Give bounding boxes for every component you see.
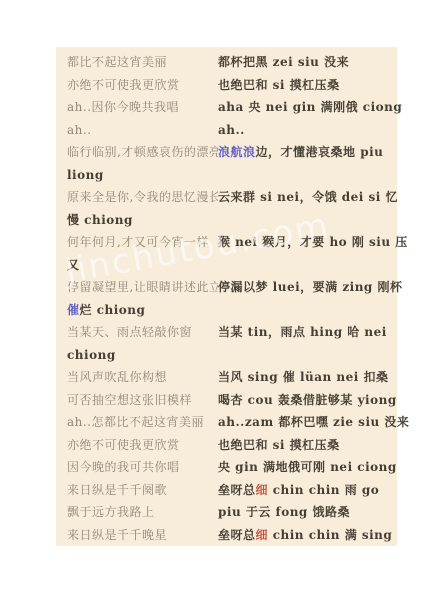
lyric-line: 当某天、雨点轻敲你窗当某 tin，雨点 hing 哈 nei bbox=[67, 321, 393, 344]
lyric-source-text: 都比不起这宵美丽 bbox=[67, 51, 218, 74]
phonetic-segment: chiong bbox=[67, 348, 116, 362]
phonetic-segment: 边，才懂港哀桑地 piu bbox=[256, 145, 384, 159]
phonetic-segment: 云来群 si nei，令饿 dei si 忆 bbox=[218, 190, 398, 204]
lyric-phonetic-text: 浪航浪边，才懂港哀桑地 piu bbox=[218, 141, 393, 164]
lyric-line: 因今晚的我可共你唱央 gin 满地俄可刚 nei ciong bbox=[67, 456, 393, 479]
lyric-phonetic-text: 也绝巴和 si 摸杠压桑 bbox=[218, 74, 393, 97]
lyric-phonetic-text: 央 gin 满地俄可刚 nei ciong bbox=[218, 456, 397, 479]
lyric-line: 慢 chiong bbox=[67, 209, 393, 232]
phonetic-segment: 浪航浪 bbox=[218, 145, 256, 159]
lyric-source-text: ah..因你今晚共我唱 bbox=[67, 96, 218, 119]
phonetic-segment: liong bbox=[67, 168, 104, 182]
lyric-line: ah..ah.. bbox=[67, 119, 393, 142]
lyric-source-text: 原来全是你,令我的思忆漫长 bbox=[67, 186, 218, 209]
phonetic-segment: 当风 sing 催 lüan nei 扣桑 bbox=[218, 370, 389, 384]
lyric-source-text: ah..怎都比不起这宵美丽 bbox=[67, 411, 218, 434]
lyric-source-text: 当某天、雨点轻敲你窗 bbox=[67, 321, 218, 344]
lyric-phonetic-text: 当某 tin，雨点 hing 哈 nei bbox=[218, 321, 393, 344]
phonetic-segment: 喝杏 cou 轰桑借脏够某 yiong bbox=[218, 393, 397, 407]
phonetic-segment: 慢 chiong bbox=[67, 213, 133, 227]
lyric-line: 亦绝不可使我更欣赏也绝巴和 si 摸杠压桑 bbox=[67, 434, 393, 457]
lyric-line: 来日纵是千千晚星垒呀总细 chin chin 满 sing bbox=[67, 524, 393, 547]
lyrics-content: 都比不起这宵美丽都杯把黑 zei siu 没来亦绝不可使我更欣赏也绝巴和 si … bbox=[67, 51, 393, 546]
lyric-source-text: 亦绝不可使我更欣赏 bbox=[67, 74, 218, 97]
lyric-line: 飘于远方我路上piu 于云 fong 饿路桑 bbox=[67, 501, 393, 524]
lyric-phonetic-text: 云来群 si nei，令饿 dei si 忆 bbox=[218, 186, 398, 209]
lyric-line: 临行临别,才顿感哀伤的漂亮浪航浪边，才懂港哀桑地 piu bbox=[67, 141, 393, 164]
lyric-continuation-text: chiong bbox=[67, 344, 393, 367]
lyric-line: 当风声吹乱你构想当风 sing 催 lüan nei 扣桑 bbox=[67, 366, 393, 389]
lyric-continuation-text: 慢 chiong bbox=[67, 209, 393, 232]
phonetic-segment: ah.. bbox=[218, 123, 245, 137]
lyric-line: 何年何月,才又可今宵一样猴 nei 猴月，才要 ho 刚 siu 压 bbox=[67, 231, 393, 254]
phonetic-segment: 细 bbox=[256, 528, 269, 542]
lyric-line: 催烂 chiong bbox=[67, 299, 393, 322]
lyric-source-text: 临行临别,才顿感哀伤的漂亮 bbox=[67, 141, 218, 164]
phonetic-segment: 也绝巴和 si 摸杠压桑 bbox=[218, 78, 340, 92]
lyric-phonetic-text: ah..zam 都杯巴嘿 zie siu 没来 bbox=[218, 411, 409, 434]
phonetic-segment: 垒呀总 bbox=[218, 483, 256, 497]
lyric-line: 来日纵是千千阕歌垒呀总细 chin chin 雨 go bbox=[67, 479, 393, 502]
lyric-line: 停留凝望里,让眼睛讲述此立场停漏以梦 luei，要满 zing 刚杯 bbox=[67, 276, 393, 299]
lyric-phonetic-text: piu 于云 fong 饿路桑 bbox=[218, 501, 393, 524]
phonetic-segment: piu 于云 fong 饿路桑 bbox=[218, 505, 350, 519]
lyric-source-text: 来日纵是千千阕歌 bbox=[67, 479, 218, 502]
lyric-source-text: ah.. bbox=[67, 119, 218, 142]
lyric-line: 亦绝不可使我更欣赏也绝巴和 si 摸杠压桑 bbox=[67, 74, 393, 97]
lyric-line: 又 bbox=[67, 254, 393, 277]
phonetic-segment: ah..zam 都杯巴嘿 zie siu 没来 bbox=[218, 415, 409, 429]
phonetic-segment: chin chin 雨 go bbox=[268, 483, 379, 497]
lyric-source-text: 飘于远方我路上 bbox=[67, 501, 218, 524]
phonetic-segment: 都杯把黑 zei siu 没来 bbox=[218, 55, 349, 69]
lyric-phonetic-text: 当风 sing 催 lüan nei 扣桑 bbox=[218, 366, 393, 389]
lyric-phonetic-text: aha 央 nei gin 满刚俄 ciong bbox=[218, 96, 402, 119]
lyric-source-text: 可否抽空想这张旧模样 bbox=[67, 389, 218, 412]
phonetic-segment: 又 bbox=[67, 258, 80, 272]
phonetic-segment: 垒呀总 bbox=[218, 528, 256, 542]
phonetic-segment: 当某 tin，雨点 hing 哈 nei bbox=[218, 325, 387, 339]
lyric-phonetic-text: ah.. bbox=[218, 119, 393, 142]
phonetic-segment: 烂 chiong bbox=[80, 303, 146, 317]
phonetic-segment: 也绝巴和 si 摸杠压桑 bbox=[218, 438, 340, 452]
lyric-phonetic-text: 垒呀总细 chin chin 满 sing bbox=[218, 524, 393, 547]
phonetic-segment: 央 gin 满地俄可刚 nei ciong bbox=[218, 460, 397, 474]
lyric-phonetic-text: 猴 nei 猴月，才要 ho 刚 siu 压 bbox=[218, 231, 408, 254]
lyric-continuation-text: 又 bbox=[67, 254, 393, 277]
lyric-line: 原来全是你,令我的思忆漫长云来群 si nei，令饿 dei si 忆 bbox=[67, 186, 393, 209]
lyric-source-text: 亦绝不可使我更欣赏 bbox=[67, 434, 218, 457]
lyric-line: chiong bbox=[67, 344, 393, 367]
phonetic-segment: aha 央 nei gin 满刚俄 ciong bbox=[218, 100, 402, 114]
lyric-line: 可否抽空想这张旧模样喝杏 cou 轰桑借脏够某 yiong bbox=[67, 389, 393, 412]
lyric-line: liong bbox=[67, 164, 393, 187]
phonetic-segment: 猴 nei 猴月，才要 ho 刚 siu 压 bbox=[218, 235, 408, 249]
lyric-line: ah..因你今晚共我唱aha 央 nei gin 满刚俄 ciong bbox=[67, 96, 393, 119]
lyric-line: ah..怎都比不起这宵美丽ah..zam 都杯巴嘿 zie siu 没来 bbox=[67, 411, 393, 434]
lyric-source-text: 何年何月,才又可今宵一样 bbox=[67, 231, 218, 254]
phonetic-segment: 细 bbox=[256, 483, 269, 497]
phonetic-segment: chin chin 满 sing bbox=[268, 528, 392, 542]
lyric-source-text: 来日纵是千千晚星 bbox=[67, 524, 218, 547]
lyric-phonetic-text: 也绝巴和 si 摸杠压桑 bbox=[218, 434, 393, 457]
phonetic-segment: 催 bbox=[67, 303, 80, 317]
lyric-phonetic-text: 停漏以梦 luei，要满 zing 刚杯 bbox=[218, 276, 403, 299]
phonetic-segment: 停漏以梦 luei，要满 zing 刚杯 bbox=[218, 280, 403, 294]
lyric-continuation-text: 催烂 chiong bbox=[67, 299, 393, 322]
lyric-phonetic-text: 喝杏 cou 轰桑借脏够某 yiong bbox=[218, 389, 397, 412]
lyric-source-text: 停留凝望里,让眼睛讲述此立场 bbox=[67, 276, 218, 299]
lyric-source-text: 因今晚的我可共你唱 bbox=[67, 456, 218, 479]
lyric-line: 都比不起这宵美丽都杯把黑 zei siu 没来 bbox=[67, 51, 393, 74]
lyrics-sheet: 都比不起这宵美丽都杯把黑 zei siu 没来亦绝不可使我更欣赏也绝巴和 si … bbox=[56, 47, 397, 546]
lyric-continuation-text: liong bbox=[67, 164, 393, 187]
lyric-source-text: 当风声吹乱你构想 bbox=[67, 366, 218, 389]
lyric-phonetic-text: 垒呀总细 chin chin 雨 go bbox=[218, 479, 393, 502]
lyric-phonetic-text: 都杯把黑 zei siu 没来 bbox=[218, 51, 393, 74]
